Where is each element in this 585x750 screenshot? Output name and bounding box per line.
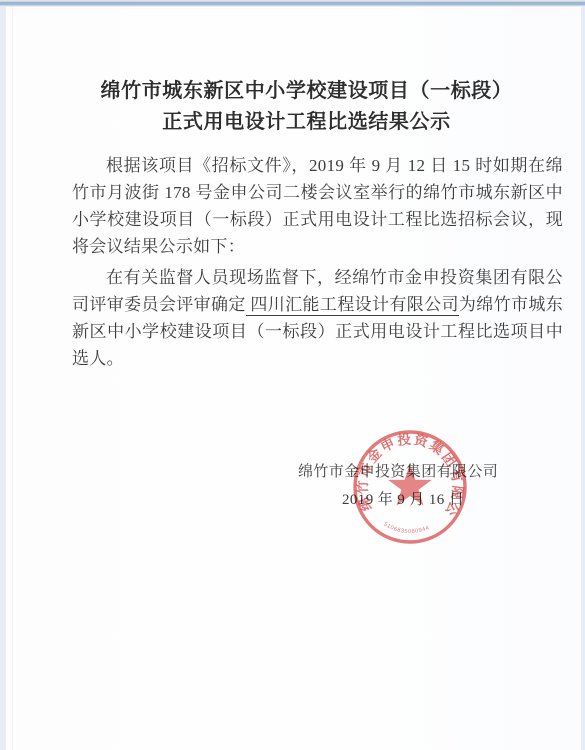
title-line-1: 绵竹市城东新区中小学校建设项目（一标段） (72, 76, 541, 107)
document-title: 绵竹市城东新区中小学校建设项目（一标段）正式用电设计工程比选结果公示 (72, 76, 563, 138)
seal-star-icon (388, 464, 432, 506)
seal-arc-text: 绵竹市金申投资集团有限公司 (344, 421, 466, 520)
svg-text:5106835080944: 5106835080944 (382, 521, 430, 535)
official-seal: 绵竹市金申投资集团有限公司 5106835080944 (344, 421, 476, 553)
scan-right-edge (581, 6, 585, 750)
winner-company-name: 四川汇能工程设计有限公司 (246, 295, 459, 316)
document-page: 绵竹市城东新区中小学校建设项目（一标段）正式用电设计工程比选结果公示 根据该项目… (0, 0, 585, 750)
seal-code-text: 5106835080944 (382, 521, 430, 535)
scan-left-edge (0, 6, 6, 750)
document-body: 根据该项目《招标文件》，2019 年 9 月 12 日 15 时如期在绵竹市月波… (72, 152, 563, 372)
svg-text:绵竹市金申投资集团有限公司: 绵竹市金申投资集团有限公司 (344, 421, 466, 520)
scan-top-edge (0, 0, 585, 7)
paragraph-1: 根据该项目《招标文件》，2019 年 9 月 12 日 15 时如期在绵竹市月波… (72, 152, 563, 260)
scan-artifact-line (12, 7, 13, 750)
title-line-2: 正式用电设计工程比选结果公示 (72, 107, 541, 138)
document-content: 绵竹市城东新区中小学校建设项目（一标段）正式用电设计工程比选结果公示 根据该项目… (72, 76, 563, 372)
paragraph-2: 在有关监督人员现场监督下，经绵竹市金申投资集团有限公司评审委员会评审确定 四川汇… (72, 264, 563, 372)
